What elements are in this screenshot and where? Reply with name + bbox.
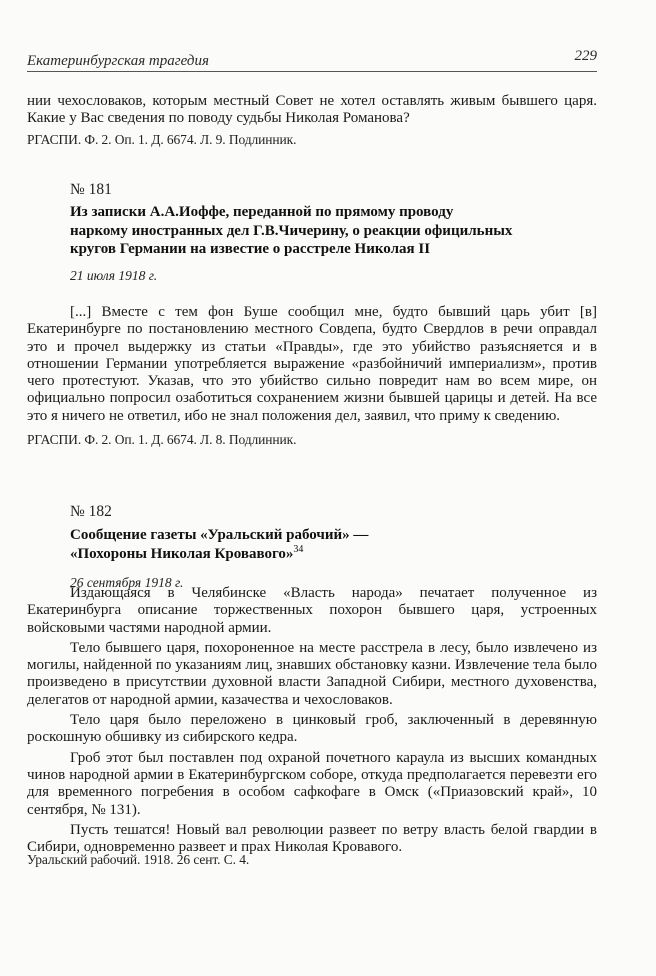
archive-source-prev: РГАСПИ. Ф. 2. Оп. 1. Д. 6674. Л. 9. Подл… [27,132,296,148]
document-title-181-line-2: наркому иностранных дел Г.В.Чичерину, о … [70,222,550,241]
paragraph: Тело царя было переложено в цинковый гро… [27,712,597,747]
page-number: 229 [575,48,598,65]
document-body-181: [...] Вместе с тем фон Буше сообщил мне,… [27,304,597,425]
paragraph: Издающаяся в Челябинске «Власть народа» … [27,585,597,637]
continuation-text: нии чехословаков, которым местный Совет … [27,93,597,128]
document-number-181: № 181 [70,181,112,199]
paragraph: Гроб этот был поставлен под охраной поче… [27,750,597,819]
archive-source-181: РГАСПИ. Ф. 2. Оп. 1. Д. 6674. Л. 8. Подл… [27,432,296,448]
document-title-181-line-1: Из записки А.А.Иоффе, переданной по прям… [70,203,550,222]
paragraph: Тело бывшего царя, похороненное на месте… [27,640,597,709]
running-head: Екатеринбургская трагедия 229 [27,51,597,72]
document-title-182: Сообщение газеты «Уральский рабочий» — «… [70,526,550,563]
document-number-182: № 182 [70,503,112,521]
document-title-181-line-3: кругов Германии на известие о расстреле … [70,240,550,259]
footnote-marker: 34 [293,544,303,555]
book-page: Екатеринбургская трагедия 229 нии чехосл… [0,0,656,976]
document-title-182-line-2: «Похороны Николая Кровавого»34 [70,545,550,564]
document-body-182: Издающаяся в Челябинске «Власть народа» … [27,585,597,856]
newspaper-source-182: Уральский рабочий. 1918. 26 сент. С. 4. [27,852,249,868]
document-date-181: 21 июля 1918 г. [70,268,157,284]
paragraph: [...] Вместе с тем фон Буше сообщил мне,… [27,304,597,425]
running-head-title: Екатеринбургская трагедия [27,53,209,70]
continuation-line-2: Какие у Вас сведения по поводу судьбы Ни… [27,110,597,127]
continuation-line-1: нии чехословаков, которым местный Совет … [27,93,597,110]
document-title-182-line-2-text: «Похороны Николая Кровавого» [70,546,293,562]
document-title-182-line-1: Сообщение газеты «Уральский рабочий» — [70,526,550,545]
document-title-181: Из записки А.А.Иоффе, переданной по прям… [70,203,550,259]
